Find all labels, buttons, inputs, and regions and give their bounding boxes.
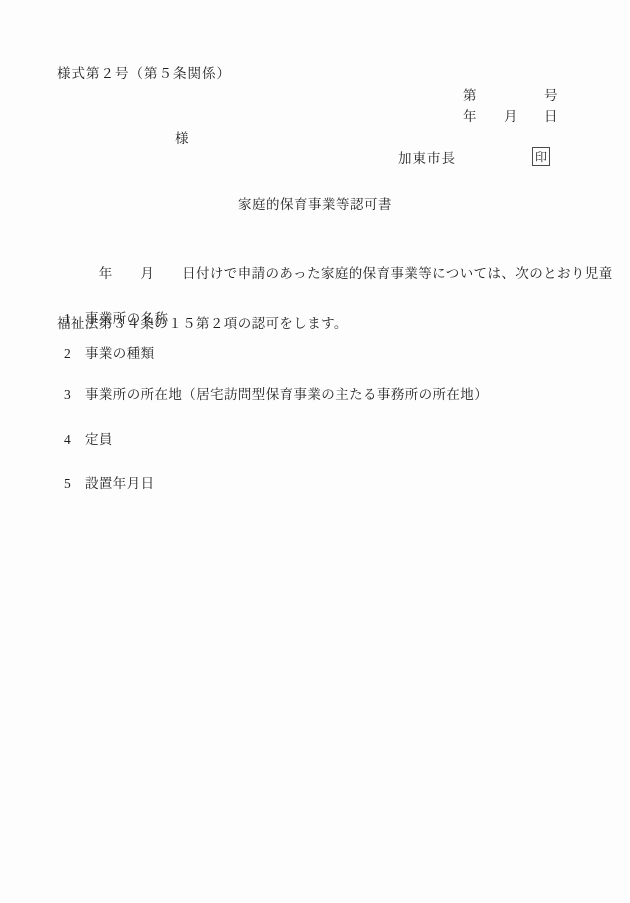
document-page: 様式第２号（第５条関係） 第 号 年 月 日 様 加東市長 印 家庭的保育事業等… [0, 0, 630, 903]
item-number: 2 [64, 347, 72, 361]
document-title: 家庭的保育事業等認可書 [0, 198, 630, 212]
item-label: 設置年月日 [85, 477, 155, 491]
list-item: 4 定員 [64, 433, 113, 447]
list-item: 1 事業所の名称 [64, 312, 168, 326]
item-number: 1 [64, 312, 72, 326]
date-month-label: 月 [504, 110, 518, 124]
issuer-name: 加東市長 [398, 152, 456, 166]
seal-placeholder-box: 印 [532, 147, 550, 166]
form-number-line: 様式第２号（第５条関係） [57, 67, 231, 81]
doc-number-suffix: 号 [544, 89, 558, 103]
item-number: 3 [64, 388, 72, 402]
seal-label: 印 [535, 151, 547, 163]
item-label: 定員 [85, 433, 113, 447]
addressee-honorific: 様 [175, 132, 189, 146]
item-label: 事業所の所在地（居宅訪問型保育事業の主たる事務所の所在地） [85, 388, 488, 402]
list-item: 3 事業所の所在地（居宅訪問型保育事業の主たる事務所の所在地） [64, 388, 488, 402]
date-day-label: 日 [544, 110, 558, 124]
item-number: 4 [64, 433, 72, 447]
item-label: 事業所の名称 [85, 312, 168, 326]
body-paragraph: 年 月 日付けで申請のあった家庭的保育事業等については、次のとおり児童 福祉法第… [57, 240, 597, 358]
list-item: 5 設置年月日 [64, 477, 155, 491]
item-label: 事業の種類 [85, 347, 155, 361]
doc-number-prefix: 第 [463, 89, 477, 103]
date-year-label: 年 [463, 110, 477, 124]
list-item: 2 事業の種類 [64, 347, 155, 361]
item-number: 5 [64, 477, 72, 491]
body-paragraph-line1: 年 月 日付けで申請のあった家庭的保育事業等については、次のとおり児童 [57, 267, 597, 281]
